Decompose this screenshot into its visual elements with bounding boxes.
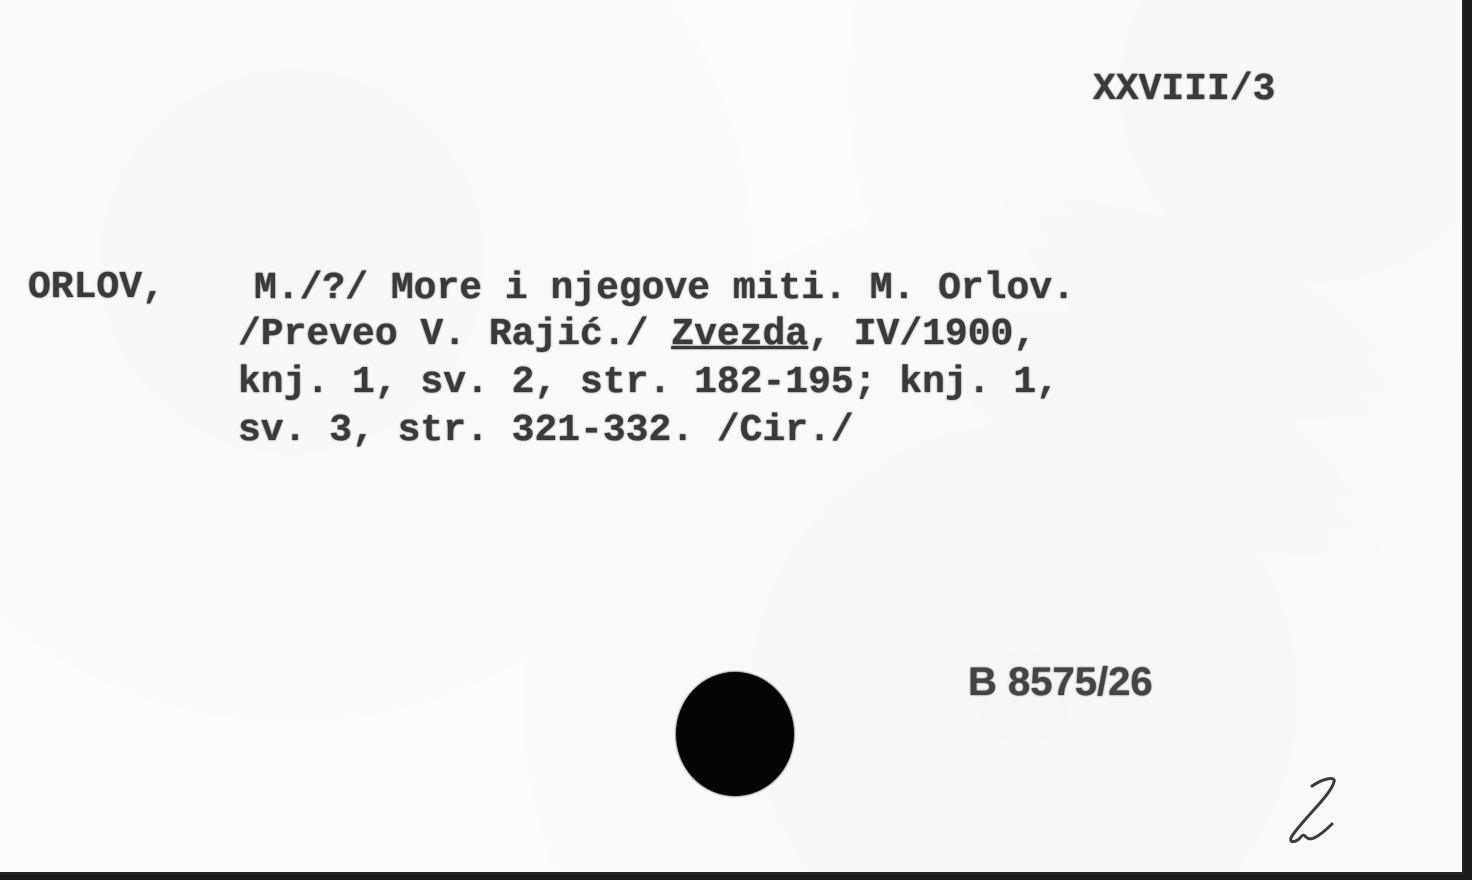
accession-number: B 8575/26 <box>968 660 1153 705</box>
catalog-card: XXVIII/3 ORLOV, M./?/ More i njegove mit… <box>0 0 1464 875</box>
punch-hole <box>676 672 794 796</box>
entry-line-4: sv. 3, str. 321-332. /Cir./ <box>238 408 854 454</box>
entry-line-2: /Preveo V. Rajić./ Zvezda, IV/1900, <box>238 312 1036 358</box>
journal-issue: , IV/1900, <box>808 313 1036 356</box>
title-statement: More i njegove miti. M. Orlov. <box>368 267 1075 310</box>
entry-line-1: M./?/ More i njegove miti. M. Orlov. <box>254 266 1075 312</box>
author-initial: M. <box>254 267 300 310</box>
call-number: XXVIII/3 <box>1093 68 1275 111</box>
uncertain-marker: /?/ <box>300 267 368 310</box>
entry-line-3: knj. 1, sv. 2, str. 182-195; knj. 1, <box>238 360 1059 406</box>
author-heading: ORLOV, <box>28 266 165 309</box>
handwritten-mark-icon <box>1284 772 1344 852</box>
journal-title: Zvezda <box>671 313 808 356</box>
translator-note: /Preveo V. Rajić./ <box>238 313 671 356</box>
